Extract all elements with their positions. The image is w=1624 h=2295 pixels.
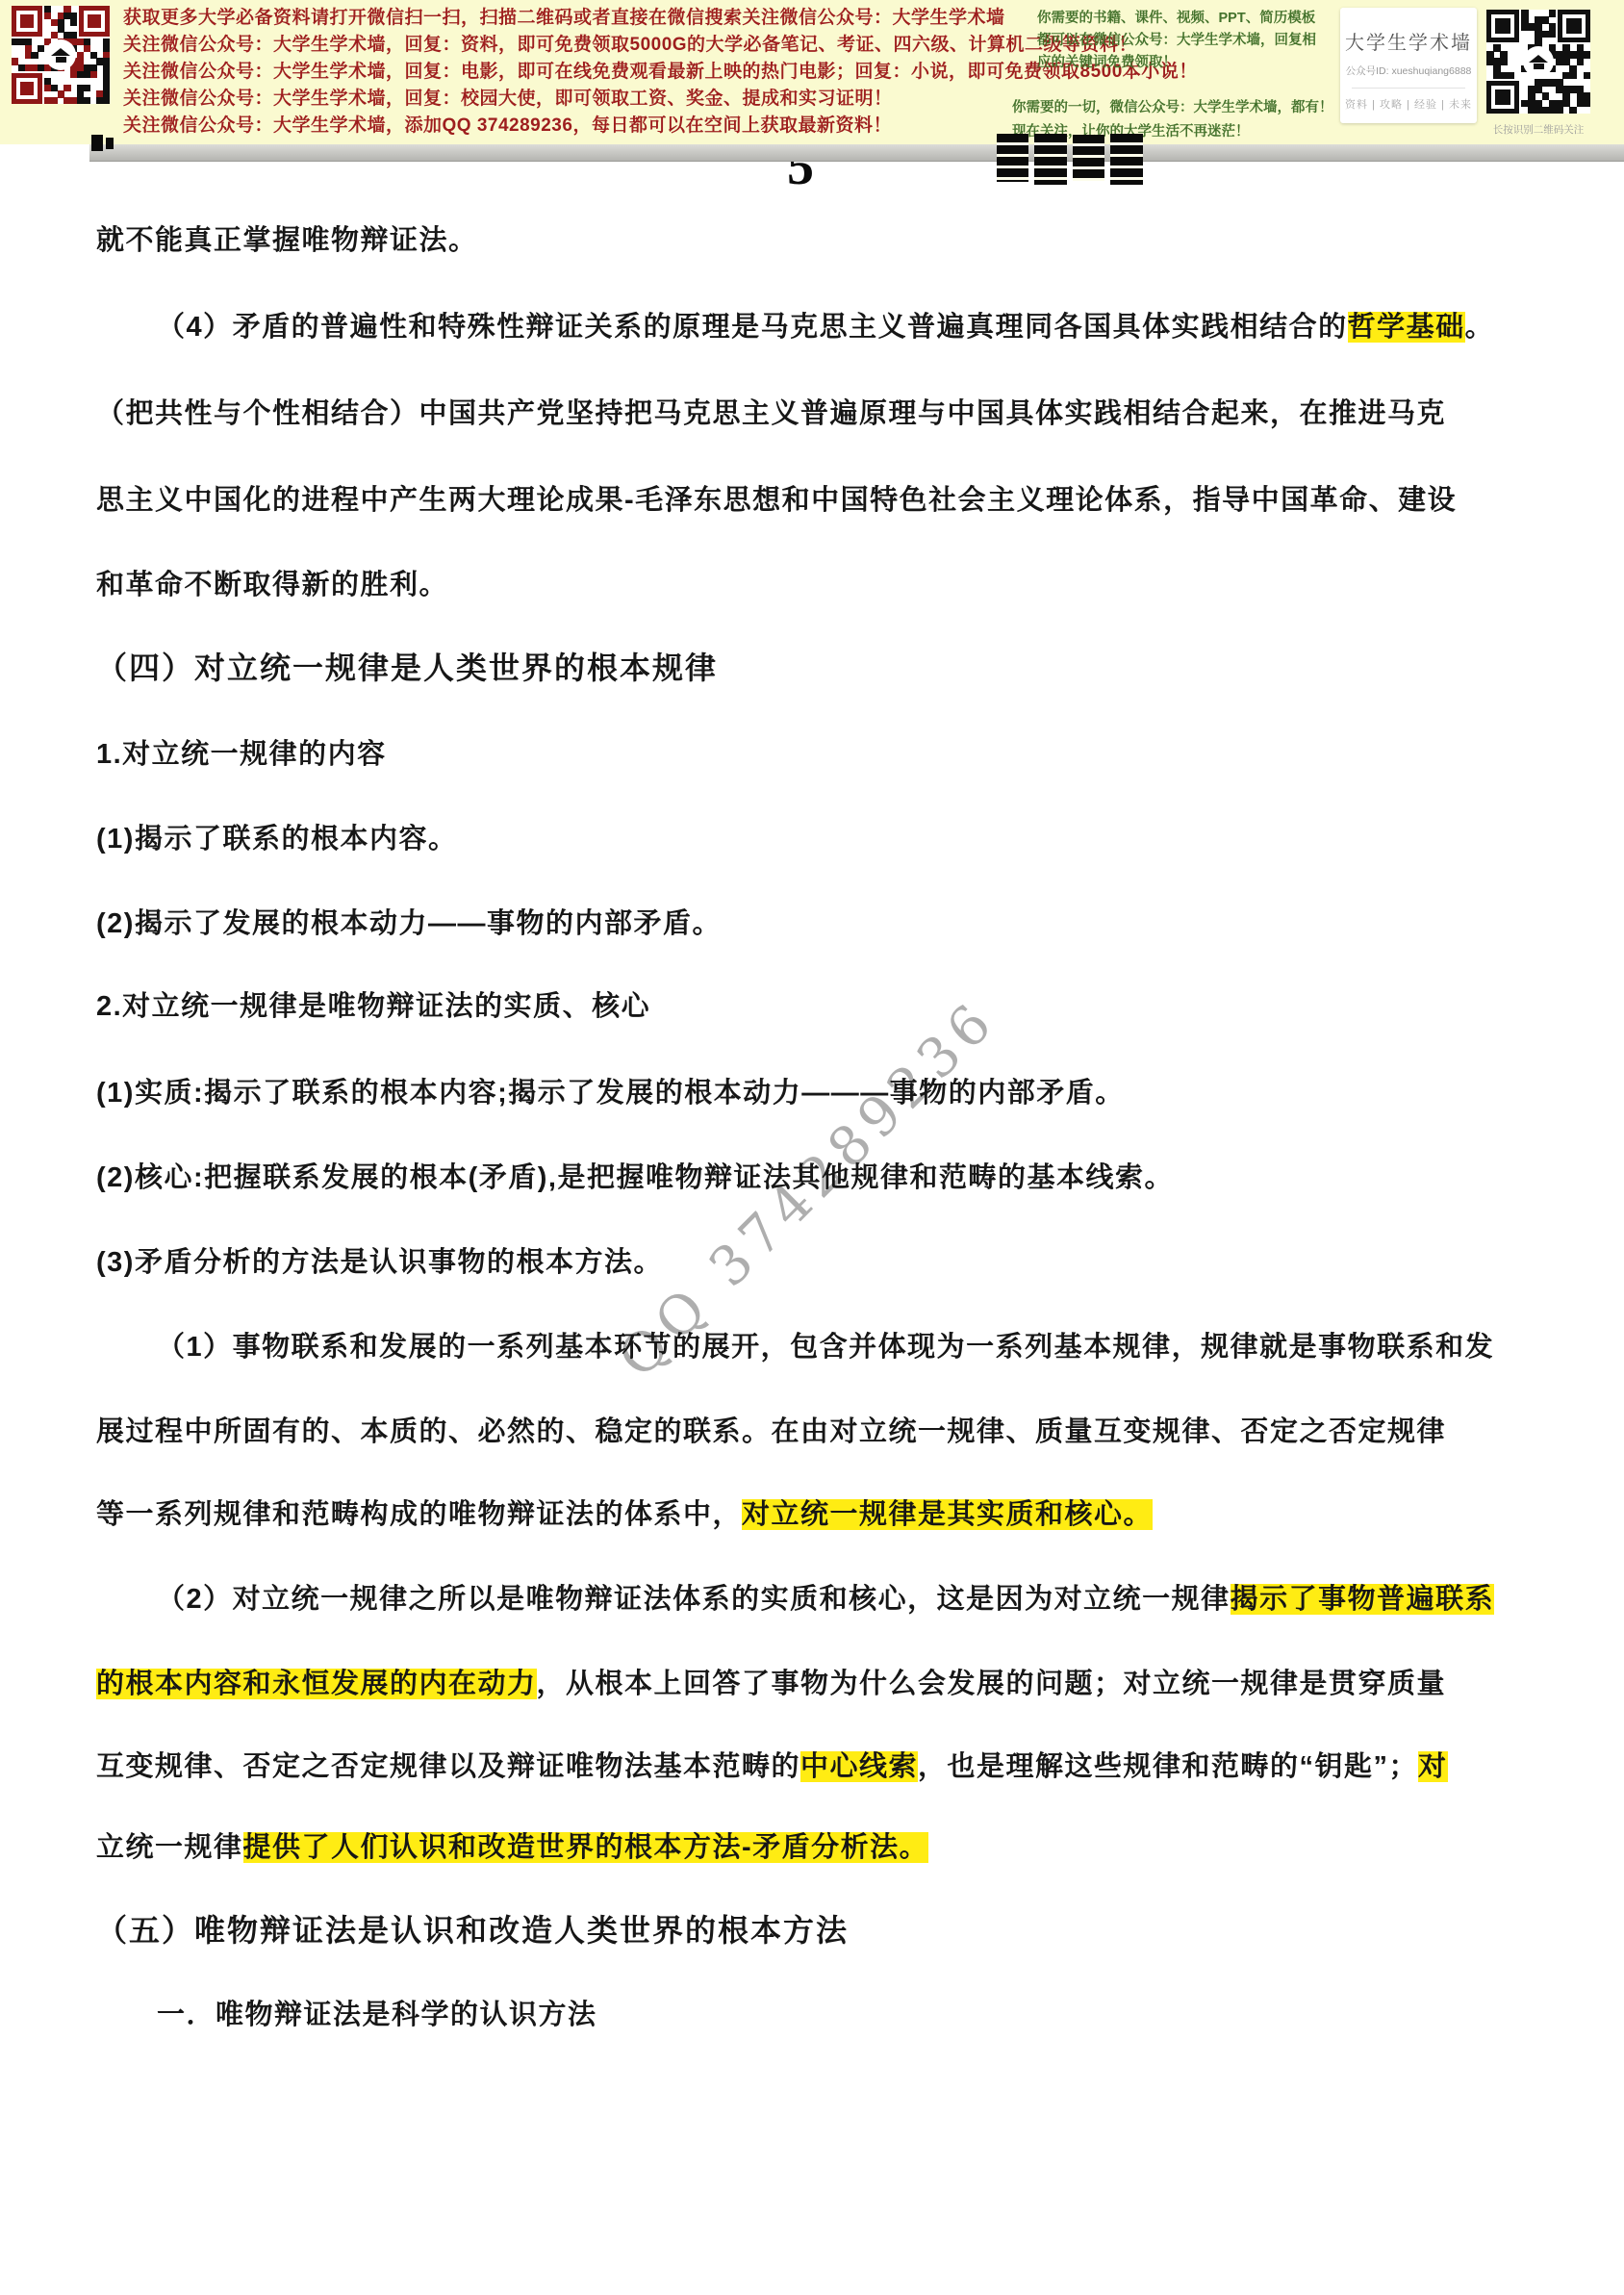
promo-line: 你需要的一切，微信公众号：大学生学术墙，都有！ bbox=[1012, 96, 1333, 120]
section-heading: （四）对立统一规律是人类世界的根本规律 bbox=[96, 650, 718, 685]
document-line: 一．唯物辩证法是科学的认识方法 bbox=[157, 1998, 597, 2032]
document-line: 就不能真正掌握唯物辩证法。 bbox=[96, 223, 478, 258]
text-segment: 1.对立统一规律的内容 bbox=[96, 739, 387, 770]
text-segment: ，从根本上回答了事物为什么会发展的问题；对立统一规律是贯穿质量 bbox=[537, 1669, 1447, 1699]
document-line: 1.对立统一规律的内容 bbox=[96, 737, 387, 772]
promo-line: 都可以在微信公众号：大学生学术墙，回复相 bbox=[1037, 30, 1316, 52]
document-line: 思主义中国化的进程中产生两大理论成果-毛泽东思想和中国特色社会主义理论体系，指导… bbox=[96, 483, 1457, 518]
document-line: (1)实质:揭示了联系的根本内容;揭示了发展的根本动力———事物的内部矛盾。 bbox=[96, 1076, 1125, 1110]
text-segment: （2）对立统一规律之所以是唯物辩证法体系的实质和核心，这是因为对立统一规律 bbox=[157, 1584, 1231, 1615]
cutoff-text-fragment bbox=[91, 135, 103, 151]
promo-line: 应的关键词免费领取！ bbox=[1037, 52, 1316, 74]
highlighted-text: 中心线索 bbox=[800, 1751, 918, 1782]
document-line: 互变规律、否定之否定规律以及辩证唯物法基本范畴的中心线索，也是理解这些规律和范畴… bbox=[96, 1749, 1448, 1784]
promo-line: 你需要的书籍、课件、视频、PPT、简历模板 bbox=[1037, 8, 1316, 30]
highlighted-text: 揭示了事物普遍联系 bbox=[1231, 1584, 1495, 1615]
divider bbox=[1352, 88, 1465, 89]
highlighted-text: 的根本内容和永恒发展的内在动力 bbox=[96, 1669, 537, 1699]
document-line: 和革命不断取得新的胜利。 bbox=[96, 568, 448, 602]
document-line: (3)矛盾分析的方法是认识事物的根本方法。 bbox=[96, 1245, 663, 1280]
highlighted-text: 提供了人们认识和改造世界的根本方法-矛盾分析法。 bbox=[243, 1832, 929, 1863]
qr-caption: 长按识别二维码关注 bbox=[1460, 122, 1616, 137]
cutoff-text-fragment bbox=[997, 134, 1028, 182]
text-segment: （4）矛盾的普遍性和特殊性辩证关系的原理是马克思主义普遍真理同各国具体实践相结合… bbox=[157, 312, 1348, 343]
text-segment: 思主义中国化的进程中产生两大理论成果-毛泽东思想和中国特色社会主义理论体系，指导… bbox=[96, 485, 1457, 516]
text-segment: 和革命不断取得新的胜利。 bbox=[96, 570, 448, 600]
cutoff-text-fragment bbox=[1110, 134, 1143, 185]
document-line: 2.对立统一规律是唯物辩证法的实质、核心 bbox=[96, 989, 650, 1024]
text-segment: (2)核心:把握联系发展的根本(矛盾),是把握唯物辩证法其他规律和范畴的基本线索… bbox=[96, 1162, 1174, 1193]
document-line: （4）矛盾的普遍性和特殊性辩证关系的原理是马克思主义普遍真理同各国具体实践相结合… bbox=[157, 310, 1494, 344]
text-segment: 。 bbox=[1465, 312, 1495, 343]
graduation-cap-icon bbox=[45, 39, 76, 70]
section-heading: （五）唯物辩证法是认识和改造人类世界的根本方法 bbox=[96, 1913, 849, 1948]
document-page: 获取更多大学必备资料请打开微信扫一扫，扫描二维码或者直接在微信搜索关注微信公众号… bbox=[0, 0, 1624, 2295]
document-line: （1）事物联系和发展的一系列基本环节的展开，包含并体现为一系列基本规律，规律就是… bbox=[157, 1330, 1494, 1364]
document-line: 展过程中所固有的、本质的、必然的、稳定的联系。在由对立统一规律、质量互变规律、否… bbox=[96, 1415, 1446, 1449]
text-segment: （五）唯物辩证法是认识和改造人类世界的根本方法 bbox=[96, 1913, 849, 1948]
text-segment: （把共性与个性相结合）中国共产党坚持把马克思主义普遍原理与中国具体实践相结合起来… bbox=[96, 398, 1446, 429]
text-segment: (2)揭示了发展的根本动力——事物的内部矛盾。 bbox=[96, 908, 722, 939]
brand-card: 大学生学术墙 公众号ID: xueshuqiang6888 资料 | 攻略 | … bbox=[1340, 8, 1477, 123]
text-segment: （四）对立统一规律是人类世界的根本规律 bbox=[96, 650, 718, 685]
document-line: 的根本内容和永恒发展的内在动力，从根本上回答了事物为什么会发展的问题；对立统一规… bbox=[96, 1667, 1446, 1701]
cutoff-text-fragment bbox=[1034, 134, 1067, 185]
text-segment: 等一系列规律和范畴构成的唯物辩证法的体系中， bbox=[96, 1499, 742, 1530]
document-line: （2）对立统一规律之所以是唯物辩证法体系的实质和核心，这是因为对立统一规律揭示了… bbox=[157, 1582, 1494, 1617]
brand-account-id: 公众号ID: xueshuqiang6888 bbox=[1340, 64, 1477, 78]
text-segment: 一．唯物辩证法是科学的认识方法 bbox=[157, 2000, 597, 2030]
text-segment: 2.对立统一规律是唯物辩证法的实质、核心 bbox=[96, 991, 650, 1022]
divider-bar bbox=[89, 144, 1624, 162]
highlighted-text: 对 bbox=[1418, 1751, 1448, 1782]
text-segment: （1）事物联系和发展的一系列基本环节的展开，包含并体现为一系列基本规律，规律就是… bbox=[157, 1332, 1494, 1363]
text-segment: (1)实质:揭示了联系的根本内容;揭示了发展的根本动力———事物的内部矛盾。 bbox=[96, 1078, 1125, 1109]
brand-title: 大学生学术墙 bbox=[1340, 27, 1477, 55]
highlighted-text: 哲学基础 bbox=[1348, 312, 1465, 343]
text-segment: ，也是理解这些规律和范畴的“钥匙”； bbox=[918, 1751, 1418, 1782]
document-line: (2)核心:把握联系发展的根本(矛盾),是把握唯物辩证法其他规律和范畴的基本线索… bbox=[96, 1160, 1174, 1195]
text-segment: 立统一规律 bbox=[96, 1832, 243, 1863]
promo-note-top: 你需要的书籍、课件、视频、PPT、简历模板都可以在微信公众号：大学生学术墙，回复… bbox=[1037, 8, 1316, 74]
cutoff-text-fragment bbox=[1073, 135, 1104, 181]
promo-banner: 获取更多大学必备资料请打开微信扫一扫，扫描二维码或者直接在微信搜索关注微信公众号… bbox=[0, 0, 1624, 144]
document-line: (1)揭示了联系的根本内容。 bbox=[96, 822, 457, 856]
highlighted-text: 对立统一规律是其实质和核心。 bbox=[742, 1499, 1153, 1530]
text-segment: 就不能真正掌握唯物辩证法。 bbox=[96, 225, 478, 256]
qr-code-left-icon bbox=[12, 6, 110, 104]
qr-code-right-icon bbox=[1486, 10, 1590, 114]
document-line: 等一系列规律和范畴构成的唯物辩证法的体系中，对立统一规律是其实质和核心。 bbox=[96, 1497, 1153, 1532]
document-line: （把共性与个性相结合）中国共产党坚持把马克思主义普遍原理与中国具体实践相结合起来… bbox=[96, 396, 1446, 431]
cutoff-text-fragment bbox=[106, 138, 114, 149]
text-segment: 互变规律、否定之否定规律以及辩证唯物法基本范畴的 bbox=[96, 1751, 800, 1782]
text-segment: (3)矛盾分析的方法是认识事物的根本方法。 bbox=[96, 1247, 663, 1278]
text-segment: (1)揭示了联系的根本内容。 bbox=[96, 824, 457, 854]
document-line: 立统一规律提供了人们认识和改造世界的根本方法-矛盾分析法。 bbox=[96, 1830, 928, 1865]
text-segment: 展过程中所固有的、本质的、必然的、稳定的联系。在由对立统一规律、质量互变规律、否… bbox=[96, 1416, 1446, 1447]
graduation-cap-icon bbox=[1523, 46, 1554, 77]
brand-tagline: 资料 | 攻略 | 经验 | 未来 bbox=[1340, 96, 1477, 112]
document-line: (2)揭示了发展的根本动力——事物的内部矛盾。 bbox=[96, 906, 722, 941]
